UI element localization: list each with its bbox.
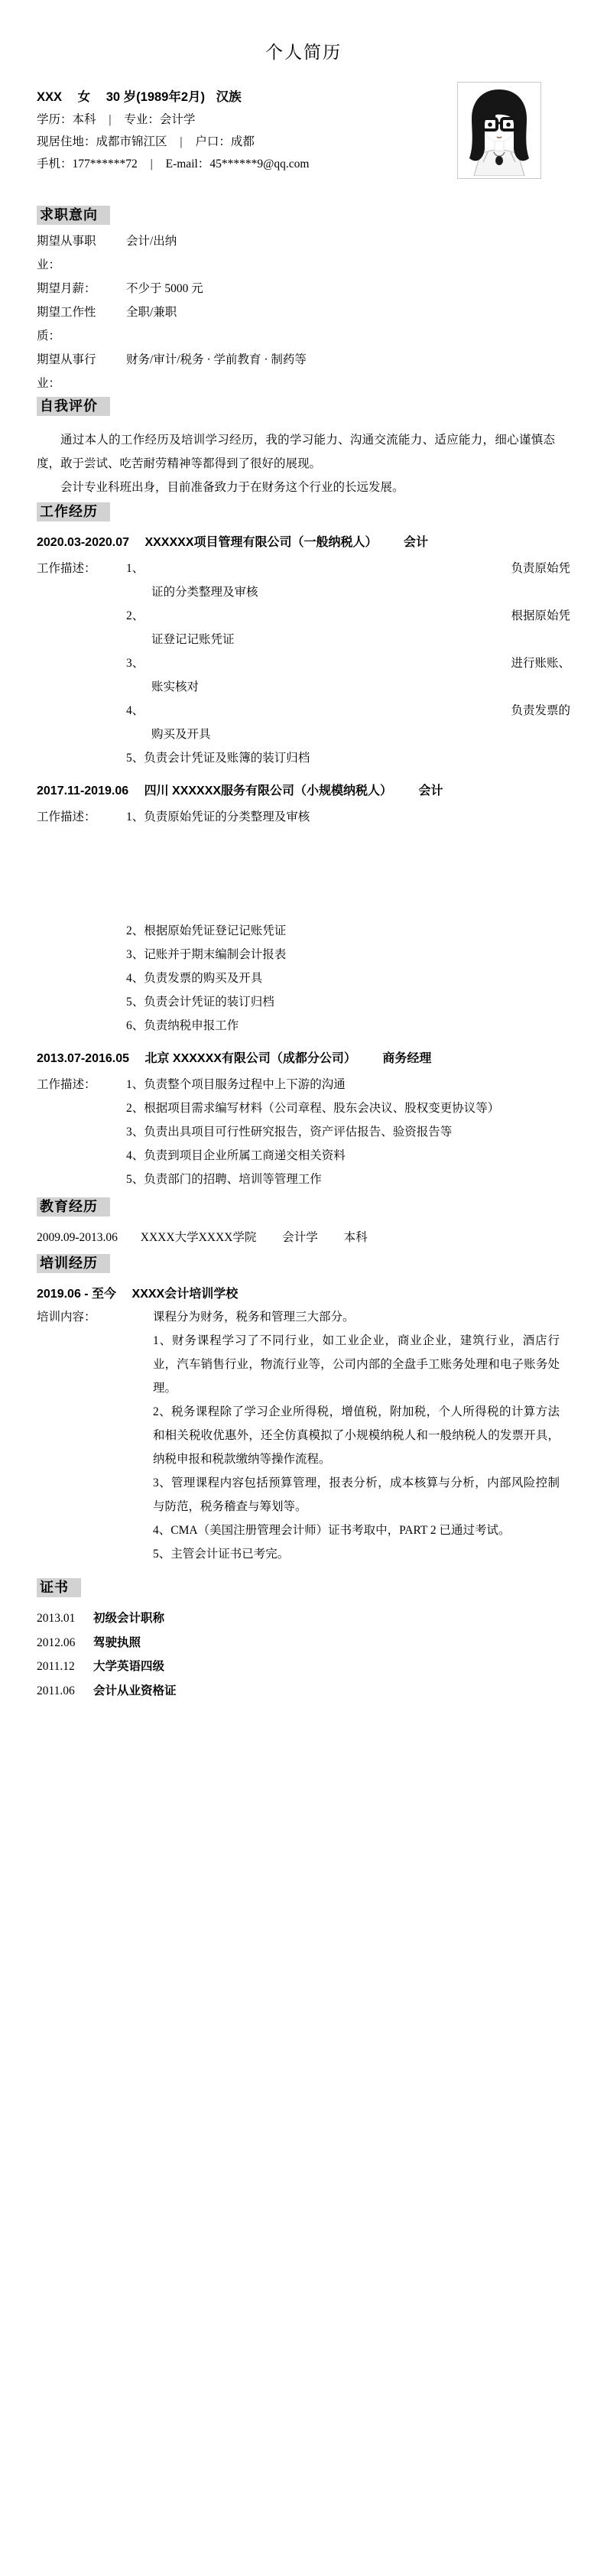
duty-list: 1、负责整个项目服务过程中上下游的沟通 2、根据项目需求编写材料（公司章程、股东… [126,1073,570,1191]
job-header: 2020.03-2020.07 XXXXXX项目管理有限公司（一般纳税人） 会计 [37,534,570,552]
duty-item: 6、负责纳税申报工作 [126,1014,570,1038]
training-content-label: 培训内容： [37,1305,153,1566]
training-item: 3、管理课程内容包括预算管理，报表分析，成本核算与分析，内部风险控制与防范，税务… [153,1471,560,1519]
duty-list: 1、负责原始凭证的分类整理及审核 2、根据原始凭证登记记账凭证 3、记账并于期末… [126,805,570,1038]
duty-number: 3、 [126,1126,144,1139]
duty-text: 根据原始凭 [511,604,570,628]
training-content-row: 培训内容： 课程分为财务，税务和管理三大部分。 1、财务课程学习了不同行业，如工… [37,1305,570,1566]
duty-item: 5、负责部门的招聘、培训等管理工作 [126,1168,570,1191]
job-intention-row: 期望从事职业： 会计/出纳 [37,229,570,277]
job-intention-row: 期望工作性质： 全职/兼职 [37,300,570,348]
duty-text: 负责整个项目服务过程中上下游的沟通 [144,1078,346,1091]
duty-text-continued: 证登记记账凭证 [126,628,570,651]
job-company: 四川 XXXXXX服务有限公司（小规模纳税人） [144,784,392,797]
training-intro: 课程分为财务，税务和管理三大部分。 [153,1305,560,1329]
duty-text: 根据原始凭证登记记账凭证 [144,924,286,937]
duty-item: 1、负责整个项目服务过程中上下游的沟通 [126,1073,570,1096]
page-break-gap [126,829,570,919]
education-major: 会计学 [282,1231,318,1244]
age: 30 岁(1989年2月) [106,90,205,104]
certificate-name: 会计从业资格证 [93,1684,177,1697]
section-heading-job-intention: 求职意向 [37,206,110,225]
duty-text: 负责发票的 [511,699,570,723]
email-value: 45******9@qq.com [209,158,309,171]
section-heading-education: 教育经历 [37,1197,110,1217]
job-company: XXXXXX项目管理有限公司（一般纳税人） [144,536,377,549]
duty-number: 4、 [126,972,144,985]
certificate-date: 2013.01 [37,1606,93,1631]
job-period: 2013.07-2016.05 [37,1052,129,1065]
job-intention-rows: 期望从事职业： 会计/出纳 期望月薪： 不少于 5000 元 期望工作性质： 全… [37,229,570,395]
pipe-separator: | [109,113,111,126]
pipe-separator: | [180,135,182,148]
duty-number: 1、 [126,810,144,823]
job-period: 2020.03-2020.07 [37,536,129,549]
certificate-item: 2011.12大学英语四级 [37,1655,570,1679]
training-content: 课程分为财务，税务和管理三大部分。 1、财务课程学习了不同行业，如工业企业，商业… [153,1305,570,1566]
duty-number: 1、 [126,557,144,580]
job-description-row: 工作描述： 1、负责原始凭证的分类整理及审核 2、根据原始凭证登记记账凭证 3、… [37,805,570,1038]
duty-item: 2、 根据原始凭 [126,604,570,628]
field-value: 财务/审计/税务 · 学前教育 · 制药等 [126,348,570,372]
resume-page: 个人简历 XXX 女 30 岁(1989年2月) 汉族 学历：本科 | 专业：会… [0,0,607,2576]
duty-text: 负责原始凭 [511,557,570,580]
education-label: 学历： [37,113,73,126]
field-label: 期望工作性质： [37,300,101,348]
duty-text: 负责到项目企业所属工商递交相关资料 [144,1149,346,1162]
duty-number: 2、 [126,1102,144,1115]
major-value: 会计学 [160,113,196,126]
description-label: 工作描述： [37,805,126,1038]
certificate-list: 2013.01初级会计职称 2012.06驾驶执照 2011.12大学英语四级 … [37,1606,570,1703]
profile-header: XXX 女 30 岁(1989年2月) 汉族 学历：本科 | 专业：会计学 现居… [37,86,570,175]
education-school: XXXX大学XXXX学院 [141,1231,257,1244]
duty-number: 4、 [126,1149,144,1162]
duty-number: 5、 [126,996,144,1009]
job-position: 会计 [404,536,428,549]
major-label: 专业： [124,113,160,126]
profile-photo [457,82,541,179]
training-item: 4、CMA（美国注册管理会计师）证书考取中，PART 2 已通过考试。 [153,1519,560,1542]
self-evaluation-paragraph: 会计专业科班出身，目前准备致力于在财务这个行业的长远发展。 [37,476,570,499]
duty-item: 5、负责会计凭证的装订归档 [126,990,570,1014]
self-evaluation-body: 通过本人的工作经历及培训学习经历，我的学习能力、沟通交流能力、适应能力，细心谨慎… [37,428,570,499]
job-description-row: 工作描述： 1、负责整个项目服务过程中上下游的沟通 2、根据项目需求编写材料（公… [37,1073,570,1191]
duty-item: 2、根据项目需求编写材料（公司章程、股东会决议、股权变更协议等） [126,1096,570,1120]
education-value: 本科 [73,113,96,126]
duty-text: 负责发票的购买及开具 [144,972,262,985]
job-header: 2017.11-2019.06 四川 XXXXXX服务有限公司（小规模纳税人） … [37,782,570,801]
certificate-item: 2012.06驾驶执照 [37,1631,570,1655]
field-value: 全职/兼职 [126,300,570,324]
duty-number: 1、 [126,1078,144,1091]
section-heading-work-experience: 工作经历 [37,502,110,521]
duty-number: 5、 [126,1173,144,1186]
duty-number: 6、 [126,1019,144,1032]
duty-text: 负责会计凭证及账簿的装订归档 [144,752,310,765]
page-title: 个人简历 [37,0,570,63]
gender: 女 [78,90,91,104]
duty-number: 2、 [126,604,144,628]
field-label: 期望从事行业： [37,348,101,395]
field-value: 会计/出纳 [126,229,570,253]
duty-text: 负责出具项目可行性研究报告，资产评估报告、验资报告等 [144,1126,452,1139]
job-position: 会计 [419,784,443,797]
certificate-name: 大学英语四级 [93,1660,164,1673]
certificate-date: 2011.06 [37,1679,93,1704]
field-label: 期望月薪： [37,277,101,300]
job-position: 商务经理 [382,1052,431,1065]
certificate-name: 初级会计职称 [93,1612,164,1625]
training-header: 2019.06 - 至今 XXXX会计培训学校 [37,1285,570,1304]
duty-number: 3、 [126,948,144,961]
duty-item: 3、负责出具项目可行性研究报告，资产评估报告、验资报告等 [126,1120,570,1144]
duty-item: 4、负责发票的购买及开具 [126,966,570,990]
pipe-separator: | [151,158,153,171]
training-item: 5、主管会计证书已考完。 [153,1542,560,1566]
candidate-name: XXX [37,90,62,104]
education-period: 2009.09-2013.06 [37,1231,118,1244]
duty-item: 1、 负责原始凭 [126,557,570,580]
job-intention-row: 期望从事行业： 财务/审计/税务 · 学前教育 · 制药等 [37,348,570,395]
duty-item: 2、根据原始凭证登记记账凭证 [126,919,570,943]
certificate-item: 2011.06会计从业资格证 [37,1679,570,1704]
duty-item: 4、 负责发票的 [126,699,570,723]
education-degree: 本科 [344,1231,368,1244]
description-label: 工作描述： [37,1073,126,1191]
duty-item: 3、 进行账账、 [126,651,570,675]
job-company: 北京 XXXXXX有限公司（成都分公司） [144,1052,355,1065]
duty-text: 负责纳税申报工作 [144,1019,239,1032]
training-item: 2、税务课程除了学习企业所得税，增值税，附加税，个人所得税的计算方法和相关税收优… [153,1400,560,1471]
hukou-label: 户口： [195,135,231,148]
training-school: XXXX会计培训学校 [132,1288,239,1301]
training-period: 2019.06 - 至今 [37,1288,116,1301]
cartoon-girl-illustration [460,85,538,176]
field-value: 不少于 5000 元 [126,277,570,300]
duty-text: 负责会计凭证的装订归档 [144,996,274,1009]
duty-item: 5、负责会计凭证及账簿的装订归档 [126,746,570,770]
section-heading-self-evaluation: 自我评价 [37,397,110,416]
duty-item: 4、负责到项目企业所属工商递交相关资料 [126,1144,570,1168]
certificate-date: 2011.12 [37,1655,93,1679]
certificate-date: 2012.06 [37,1631,93,1655]
training-item: 1、财务课程学习了不同行业，如工业企业，商业企业，建筑行业，酒店行业，汽车销售行… [153,1329,560,1400]
certificate-name: 驾驶执照 [93,1636,141,1649]
education-entry: 2009.09-2013.06 XXXX大学XXXX学院 会计学 本科 [37,1226,570,1249]
section-heading-certificates: 证书 [37,1578,81,1597]
job-period: 2017.11-2019.06 [37,784,128,797]
duty-text-continued: 账实核对 [126,675,570,699]
duty-text: 记账并于期末编制会计报表 [144,948,286,961]
description-label: 工作描述： [37,557,126,770]
duty-item: 3、记账并于期末编制会计报表 [126,943,570,966]
residence-value: 成都市锦江区 [96,135,167,148]
duty-text: 负责部门的招聘、培训等管理工作 [144,1173,322,1186]
duty-text: 负责原始凭证的分类整理及审核 [144,810,310,823]
self-evaluation-paragraph: 通过本人的工作经历及培训学习经历，我的学习能力、沟通交流能力、适应能力，细心谨慎… [37,428,570,476]
duty-text-continued: 证的分类整理及审核 [126,580,570,604]
resume-content: 个人简历 XXX 女 30 岁(1989年2月) 汉族 学历：本科 | 专业：会… [0,0,607,1703]
job-description-row: 工作描述： 1、 负责原始凭 证的分类整理及审核 2、 根据原始凭 证登记记账凭… [37,557,570,770]
section-heading-training: 培训经历 [37,1254,110,1273]
phone-value: 177******72 [73,158,138,171]
certificate-item: 2013.01初级会计职称 [37,1606,570,1631]
hukou-value: 成都 [231,135,255,148]
job-intention-row: 期望月薪： 不少于 5000 元 [37,277,570,300]
field-label: 期望从事职业： [37,229,101,277]
email-label: E-mail： [166,158,210,171]
phone-label: 手机： [37,158,73,171]
residence-label: 现居住地： [37,135,96,148]
duty-item: 1、负责原始凭证的分类整理及审核 [126,805,570,829]
duty-text: 进行账账、 [511,651,570,675]
duty-number: 5、 [126,752,144,765]
duty-list: 1、 负责原始凭 证的分类整理及审核 2、 根据原始凭 证登记记账凭证 3、 进… [126,557,570,770]
duty-number: 3、 [126,651,144,675]
duty-number: 2、 [126,924,144,937]
duty-text: 根据项目需求编写材料（公司章程、股东会决议、股权变更协议等） [144,1102,499,1115]
job-header: 2013.07-2016.05 北京 XXXXXX有限公司（成都分公司） 商务经… [37,1050,570,1068]
duty-number: 4、 [126,699,144,723]
ethnicity: 汉族 [216,90,242,104]
duty-text-continued: 购买及开具 [126,723,570,746]
